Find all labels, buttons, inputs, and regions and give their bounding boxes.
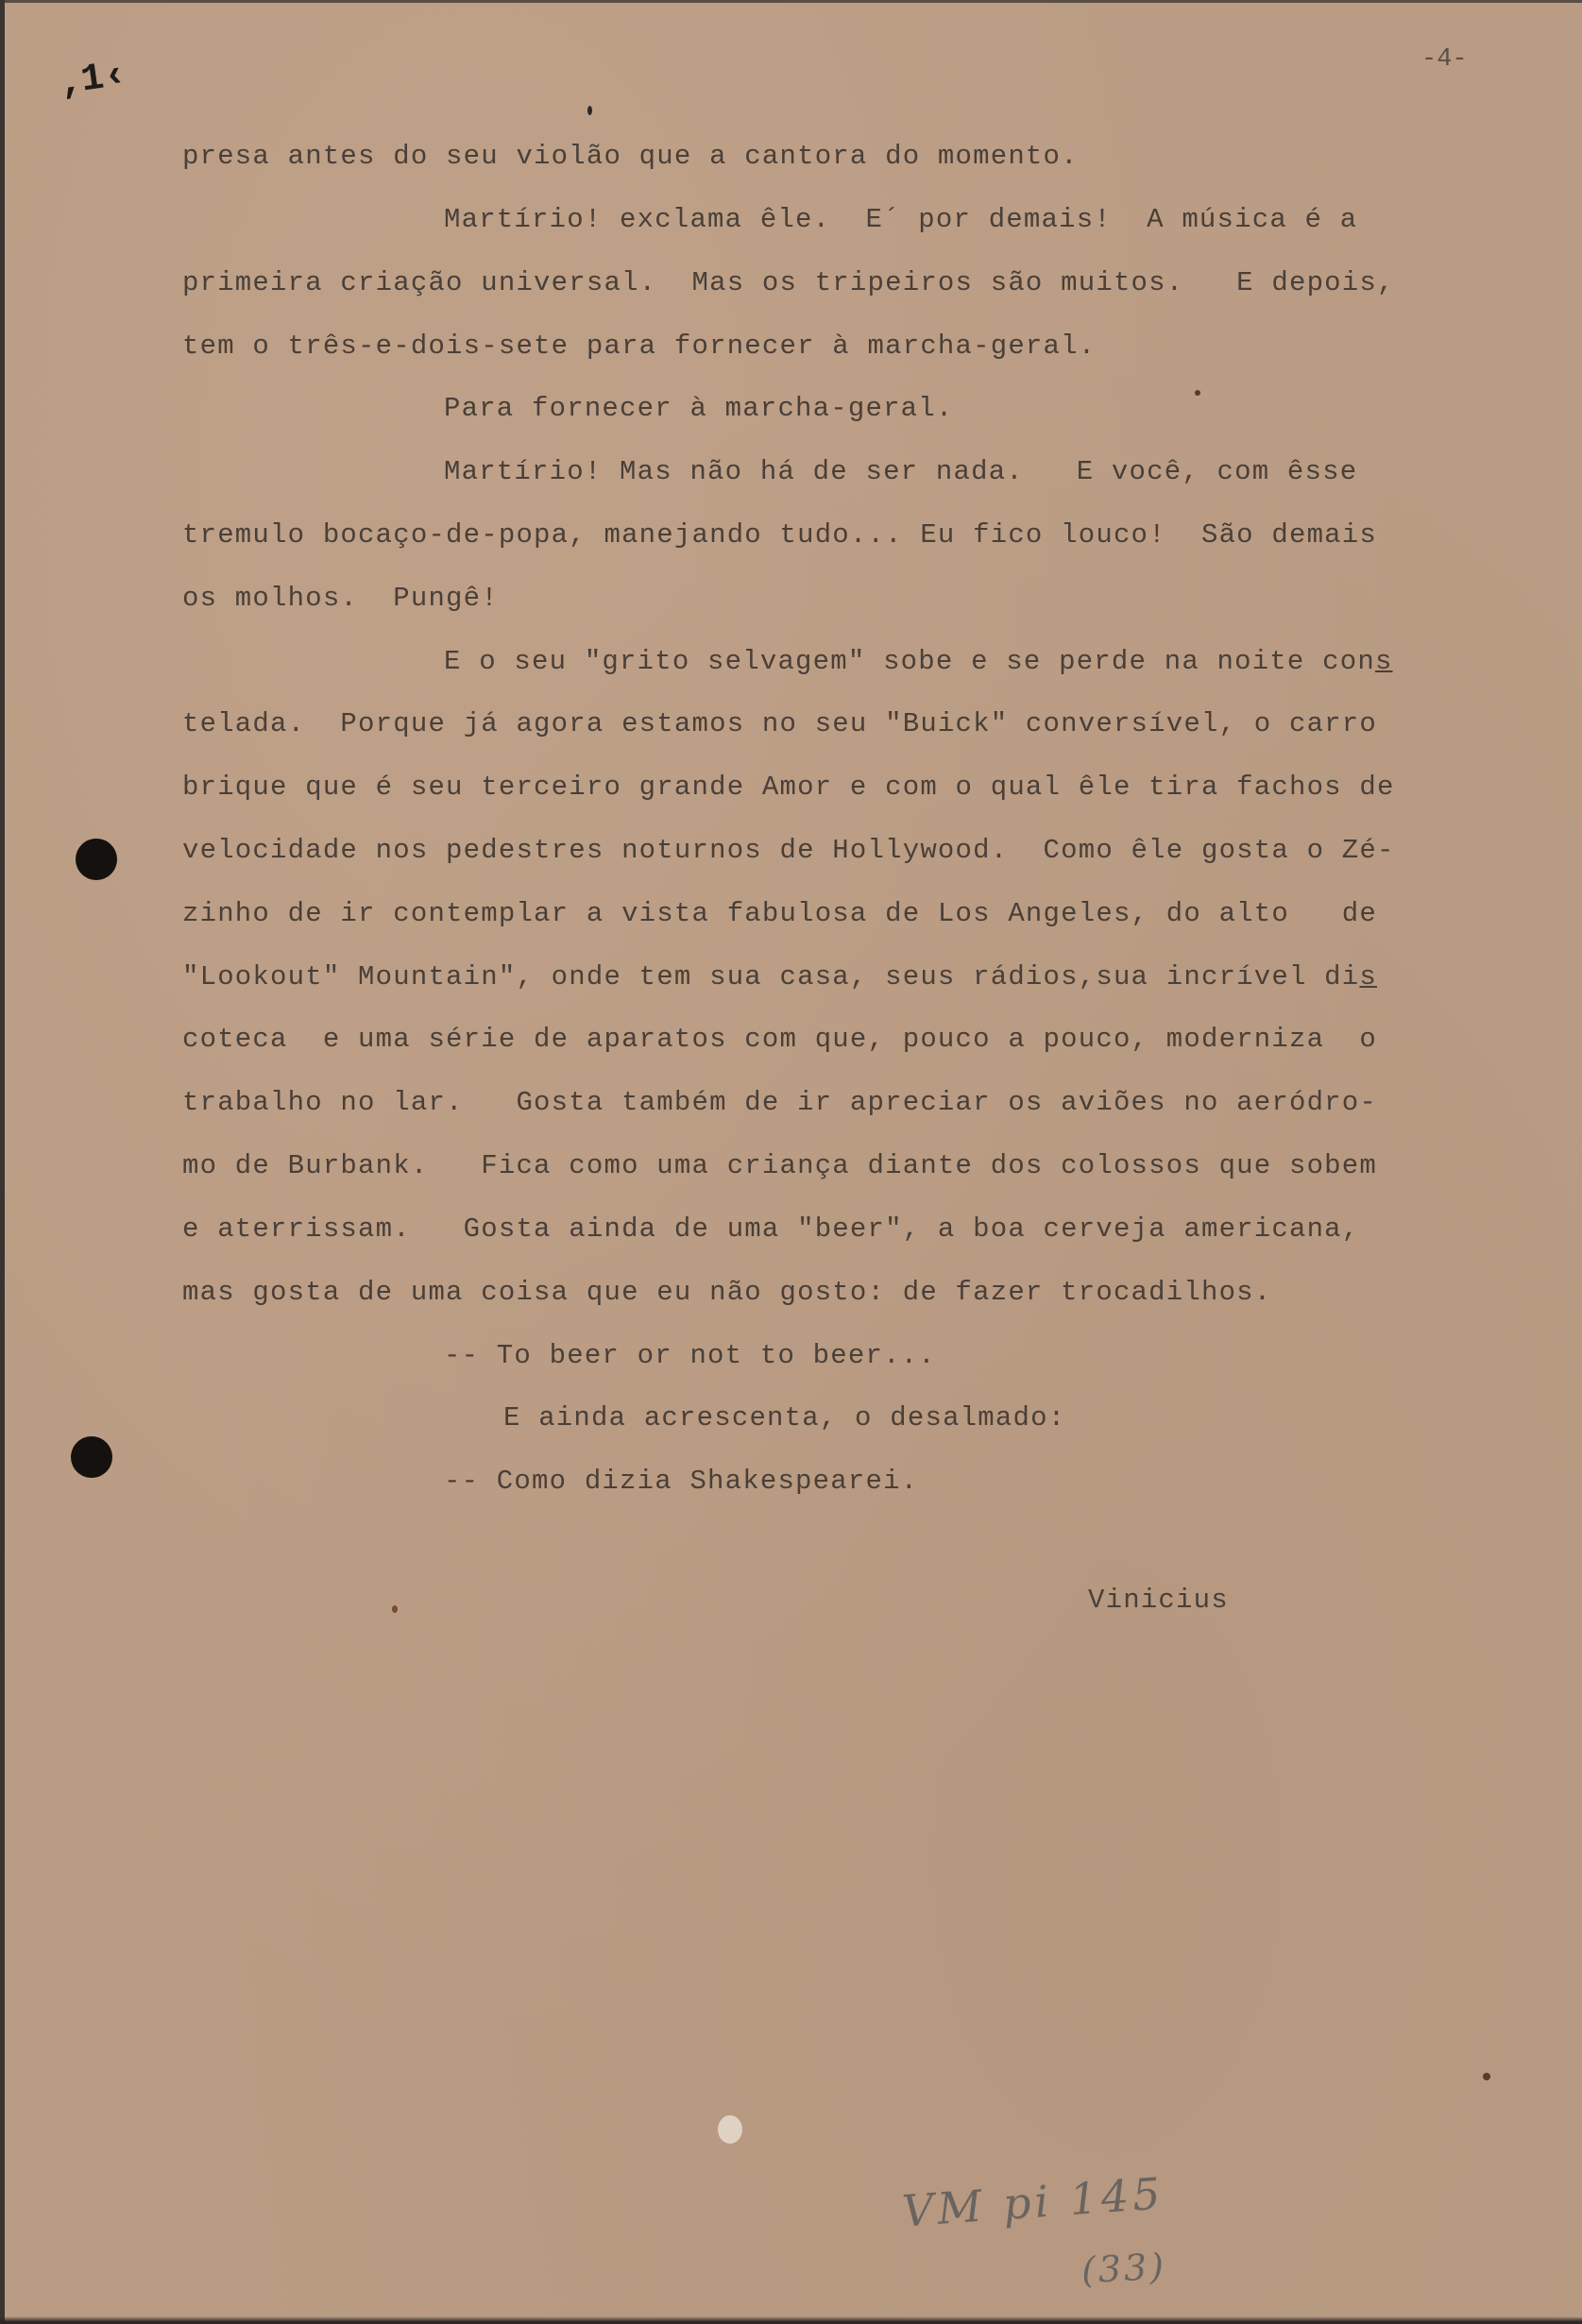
typed-line: tem o três-e-dois-sete para fornecer à m… — [182, 330, 1096, 364]
typed-line: tremulo bocaço-de-popa, manejando tudo..… — [182, 518, 1377, 552]
typed-line: -- Como dizia Shakespearei. — [444, 1465, 918, 1499]
typed-line: Martírio! Mas não há de ser nada. E você… — [444, 455, 1357, 489]
punch-hole-top — [76, 839, 117, 880]
paper-speck — [587, 106, 592, 115]
typed-line: e aterrissam. Gosta ainda de uma "beer",… — [182, 1213, 1359, 1247]
typed-line: Martírio! exclama êle. E´ por demais! A … — [444, 203, 1357, 237]
archive-note: VM pi 145 — [900, 2167, 1165, 2236]
typed-line: zinho de ir contemplar a vista fabulosa … — [182, 897, 1377, 931]
typed-line: E o seu "grito selvagem" sobe e se perde… — [444, 645, 1393, 679]
archive-note-sub: (33) — [1080, 2246, 1167, 2292]
corner-mark: ‚1‹ — [56, 54, 129, 106]
paper-speck — [1483, 2073, 1490, 2080]
typed-line: brique que é seu terceiro grande Amor e … — [182, 771, 1395, 805]
typed-line: "Lookout" Mountain", onde tem sua casa, … — [182, 960, 1377, 994]
page-edge-top — [0, 0, 1582, 3]
page-number: -4- — [1421, 45, 1468, 74]
hyphen-underline: s — [1375, 646, 1393, 677]
typed-line: primeira criação universal. Mas os tripe… — [182, 266, 1395, 300]
typed-line: velocidade nos pedestres noturnos de Hol… — [182, 834, 1395, 868]
signature: Vinicius — [1088, 1585, 1229, 1616]
typed-line: telada. Porque já agora estamos no seu "… — [182, 707, 1377, 741]
typed-line: os molhos. Pungê! — [182, 582, 499, 616]
typed-line: Para fornecer à marcha-geral. — [444, 392, 953, 426]
typed-line: trabalho no lar. Gosta também de ir apre… — [182, 1086, 1377, 1120]
punch-hole-bottom — [71, 1436, 112, 1478]
paper-speck — [1195, 390, 1200, 396]
page-edge-left — [0, 0, 5, 2324]
typed-line: coteca e uma série de aparatos com que, … — [182, 1023, 1377, 1057]
typed-line: -- To beer or not to beer... — [444, 1339, 936, 1373]
paper-speck — [392, 1605, 398, 1613]
typed-line: mas gosta de uma coisa que eu não gosto:… — [182, 1276, 1271, 1310]
typed-line: mo de Burbank. Fica como uma criança dia… — [182, 1149, 1377, 1183]
paper-speck-light — [718, 2115, 742, 2144]
typed-line: presa antes do seu violão que a cantora … — [182, 140, 1079, 174]
typed-line: E ainda acrescenta, o desalmado: — [503, 1401, 1065, 1435]
page-edge-bottom — [0, 2316, 1582, 2324]
hyphen-underline: s — [1359, 961, 1377, 992]
